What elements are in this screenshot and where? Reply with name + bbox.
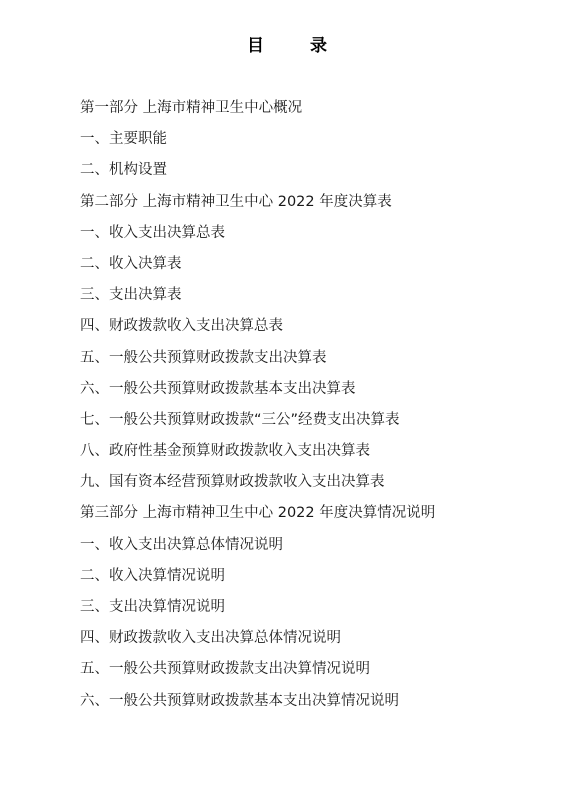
- toc-item: 六、一般公共预算财政拨款基本支出决算情况说明: [80, 690, 435, 721]
- toc-item: 三、支出决算情况说明: [80, 596, 435, 627]
- toc-item: 三、支出决算表: [80, 284, 435, 315]
- document-page: 目 录 第一部分 上海市精神卫生中心概况 一、主要职能 二、机构设置 第二部分 …: [0, 0, 574, 786]
- toc-item: 二、收入决算表: [80, 253, 435, 284]
- toc-item: 一、收入支出决算总体情况说明: [80, 534, 435, 565]
- toc-item: 四、财政拨款收入支出决算总表: [80, 315, 435, 346]
- toc-item: 六、一般公共预算财政拨款基本支出决算表: [80, 378, 435, 409]
- toc-item: 二、机构设置: [80, 159, 435, 190]
- toc-item: 九、国有资本经营预算财政拨款收入支出决算表: [80, 471, 435, 502]
- toc-item: 一、收入支出决算总表: [80, 222, 435, 253]
- table-of-contents: 第一部分 上海市精神卫生中心概况 一、主要职能 二、机构设置 第二部分 上海市精…: [80, 97, 435, 721]
- toc-item: 二、收入决算情况说明: [80, 565, 435, 596]
- page-title: 目 录: [0, 34, 574, 58]
- toc-item: 七、一般公共预算财政拨款“三公”经费支出决算表: [80, 409, 435, 440]
- toc-item: 四、财政拨款收入支出决算总体情况说明: [80, 627, 435, 658]
- toc-part-3: 第三部分 上海市精神卫生中心 2022 年度决算情况说明: [80, 502, 435, 533]
- toc-item: 五、一般公共预算财政拨款支出决算情况说明: [80, 658, 435, 689]
- toc-item: 五、一般公共预算财政拨款支出决算表: [80, 347, 435, 378]
- toc-part-1: 第一部分 上海市精神卫生中心概况: [80, 97, 435, 128]
- toc-part-2: 第二部分 上海市精神卫生中心 2022 年度决算表: [80, 191, 435, 222]
- toc-item: 一、主要职能: [80, 128, 435, 159]
- toc-item: 八、政府性基金预算财政拨款收入支出决算表: [80, 440, 435, 471]
